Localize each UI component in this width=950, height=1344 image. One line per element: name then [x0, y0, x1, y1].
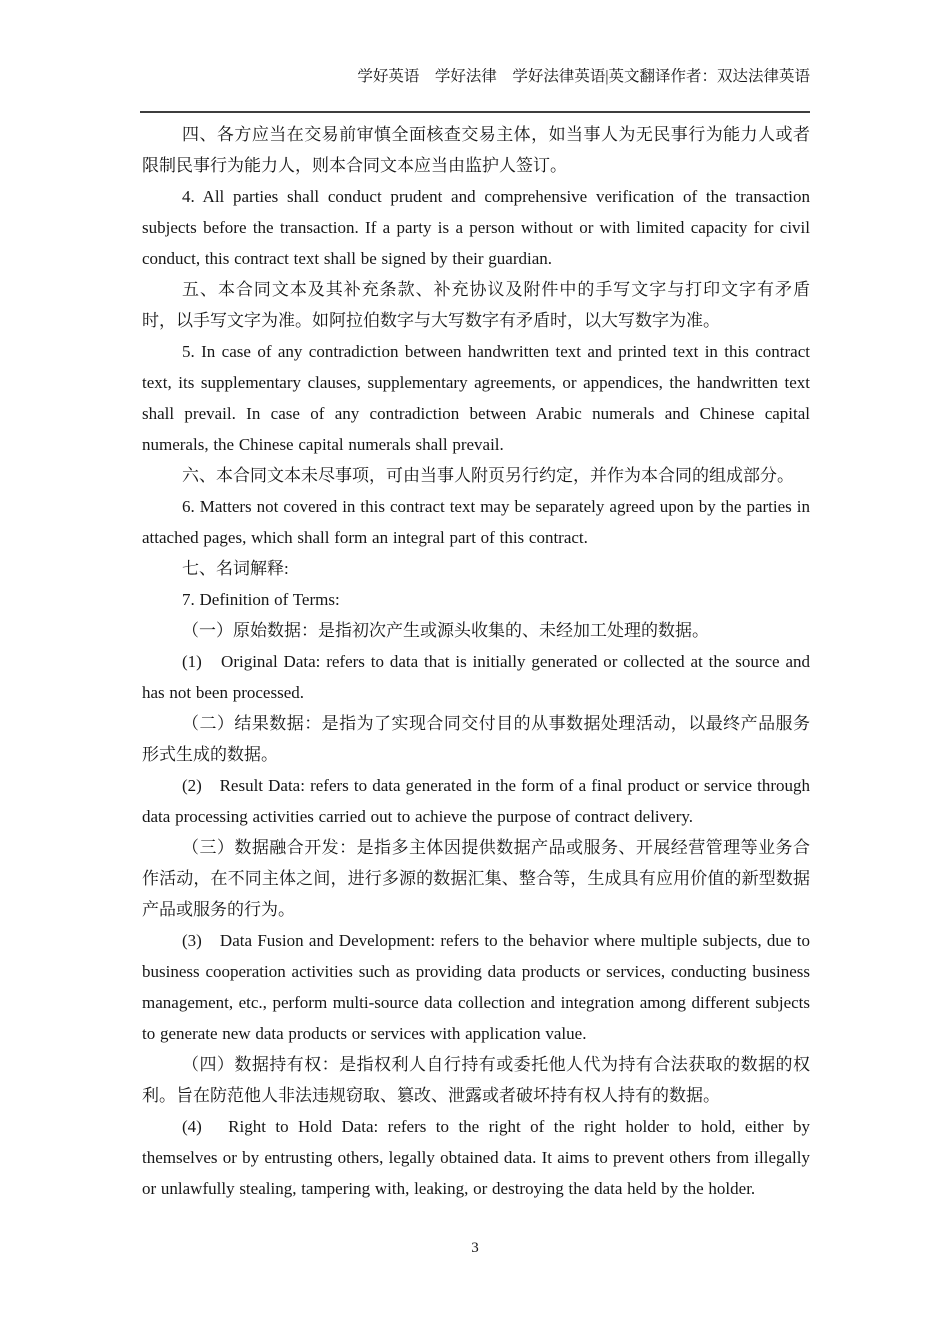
header-divider — [140, 111, 810, 113]
paragraph: （四）数据持有权：是指权利人自行持有或委托他人代为持有合法获取的数据的权利。旨在… — [142, 1049, 810, 1111]
paragraph: 四、各方应当在交易前审慎全面核查交易主体，如当事人为无民事行为能力人或者限制民事… — [142, 119, 810, 181]
paragraph: （二）结果数据：是指为了实现合同交付目的从事数据处理活动，以最终产品服务形式生成… — [142, 708, 810, 770]
header-text: 学好英语 学好法律 学好法律英语|英文翻译作者：双达法律英语 — [357, 68, 810, 85]
document-page: 学好英语 学好法律 学好法律英语|英文翻译作者：双达法律英语 四、各方应当在交易… — [0, 0, 950, 1344]
document-body: 四、各方应当在交易前审慎全面核查交易主体，如当事人为无民事行为能力人或者限制民事… — [142, 119, 810, 1204]
paragraph: 4. All parties shall conduct prudent and… — [142, 181, 810, 274]
paragraph: 5. In case of any contradiction between … — [142, 336, 810, 460]
paragraph: 7. Definition of Terms: — [142, 584, 810, 615]
paragraph: (3) Data Fusion and Development: refers … — [142, 925, 810, 1049]
paragraph: （一）原始数据：是指初次产生或源头收集的、未经加工处理的数据。 — [142, 615, 810, 646]
paragraph: 6. Matters not covered in this contract … — [142, 491, 810, 553]
paragraph: (4) Right to Hold Data: refers to the ri… — [142, 1111, 810, 1204]
paragraph: (2) Result Data: refers to data generate… — [142, 770, 810, 832]
page-header: 学好英语 学好法律 学好法律英语|英文翻译作者：双达法律英语 — [142, 66, 810, 88]
paragraph: 五、本合同文本及其补充条款、补充协议及附件中的手写文字与打印文字有矛盾时，以手写… — [142, 274, 810, 336]
paragraph: (1) Original Data: refers to data that i… — [142, 646, 810, 708]
paragraph: （三）数据融合开发：是指多主体因提供数据产品或服务、开展经营管理等业务合作活动，… — [142, 832, 810, 925]
page-number: 3 — [471, 1240, 479, 1256]
paragraph: 六、本合同文本未尽事项，可由当事人附页另行约定，并作为本合同的组成部分。 — [142, 460, 810, 491]
paragraph: 七、名词解释: — [142, 553, 810, 584]
page-footer: 3 — [0, 1237, 950, 1259]
